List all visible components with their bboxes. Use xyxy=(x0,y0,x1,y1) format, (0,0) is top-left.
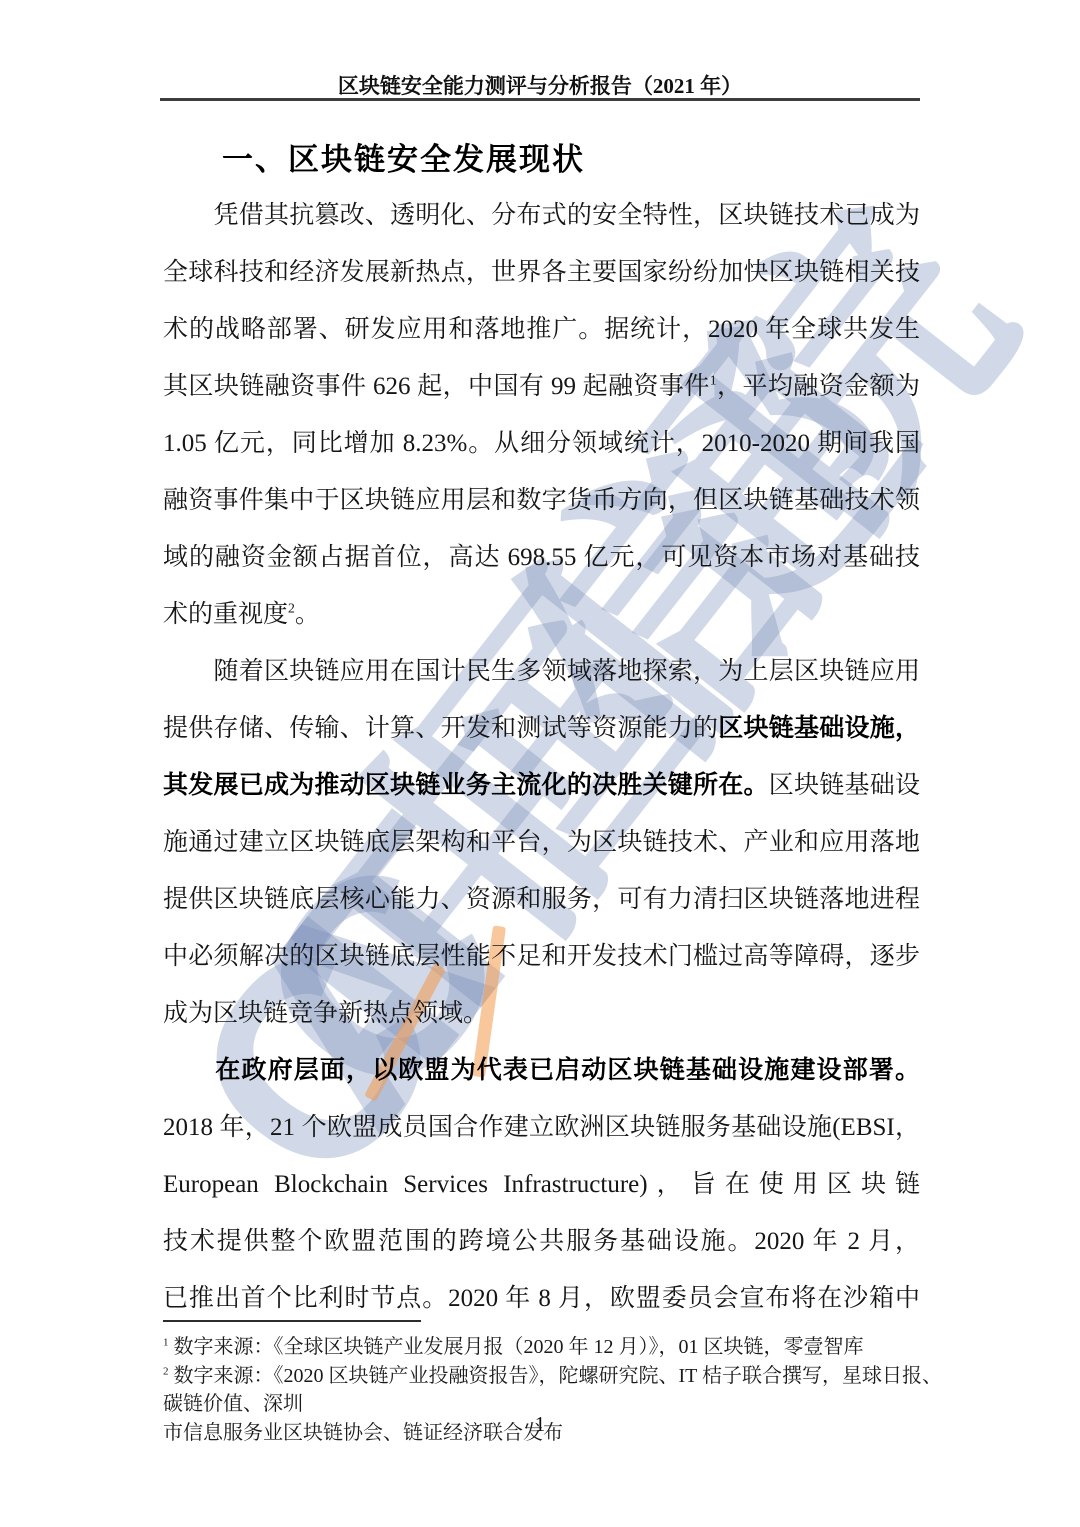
text-run: 术的重视度 xyxy=(163,601,288,628)
text-run: 提供存储、传输、计算、开发和测试等资源能力的 xyxy=(163,715,718,742)
body-line: European Blockchain Services Infrastruct… xyxy=(163,1156,920,1213)
body-line: 在政府层面，以欧盟为代表已启动区块链基础设施建设部署。 xyxy=(163,1042,920,1099)
body-line: 成为区块链竞争新热点领域。 xyxy=(163,985,920,1042)
body-line: 2018 年，21 个欧盟成员国合作建立欧洲区块链服务基础设施(EBSI， xyxy=(163,1099,920,1156)
emphasis-text: 其发展已成为推动区块链业务主流化的决胜关键所在。 xyxy=(163,771,769,799)
footnote-marker: 1 xyxy=(163,1336,169,1348)
text-run: 施通过建立区块链底层架构和平台，为区块链技术、产业和应用落地 xyxy=(163,829,920,856)
body-line: 域的融资金额占据首位，高达 698.55 亿元，可见资本市场对基础技 xyxy=(163,529,920,586)
page-header-rule xyxy=(160,98,920,101)
text-run: 提供区块链底层核心能力、资源和服务，可有力清扫区块链落地进程 xyxy=(163,886,920,913)
text-run: 1.05 亿元，同比增加 8.23%。从细分领域统计，2010-2020 期间我… xyxy=(163,430,920,457)
body-line: 施通过建立区块链底层架构和平台，为区块链技术、产业和应用落地 xyxy=(163,814,920,871)
emphasis-text: 在政府层面，以欧盟为代表已启动区块链基础设施建设部署。 xyxy=(215,1056,920,1084)
paragraph: 在政府层面，以欧盟为代表已启动区块链基础设施建设部署。2018 年，21 个欧盟… xyxy=(163,1042,920,1327)
document-page: CAICT中国信通院 区块链安全能力测评与分析报告（2021 年） 一、区块链安… xyxy=(0,0,1080,1527)
text-run: 技术提供整个欧盟范围的跨境公共服务基础设施。2020 年 2 月，EBSI xyxy=(163,1228,920,1270)
text-run: 随着区块链应用在国计民生多领域落地探索，为上层区块链应用 xyxy=(163,658,920,685)
body-line: 提供区块链底层核心能力、资源和服务，可有力清扫区块链落地进程 xyxy=(163,871,920,928)
text-run: 其区块链融资事件 626 起，中国有 99 起融资事件 xyxy=(163,373,710,400)
text-run: 成为区块链竞争新热点领域。 xyxy=(163,1000,488,1027)
text-run: 域的融资金额占据首位，高达 698.55 亿元，可见资本市场对基础技 xyxy=(163,544,920,571)
body-text: 凭借其抗篡改、透明化、分布式的安全特性，区块链技术已成为全球科技和经济发展新热点… xyxy=(163,187,920,1327)
body-line: 术的战略部署、研发应用和落地推广。据统计，2020 年全球共发生 xyxy=(163,301,920,358)
emphasis-text: 区块链基础设施， xyxy=(718,714,920,742)
body-line: 其发展已成为推动区块链业务主流化的决胜关键所在。区块链基础设 xyxy=(163,757,920,814)
body-line: 术的重视度2。 xyxy=(163,586,920,643)
footnote-reference: 2 xyxy=(288,601,295,616)
section-heading: 一、区块链安全发展现状 xyxy=(222,134,585,179)
text-run: 凭借其抗篡改、透明化、分布式的安全特性，区块链技术已成为 xyxy=(163,202,920,229)
text-run: 融资事件集中于区块链应用层和数字货币方向，但区块链基础技术领 xyxy=(163,487,920,514)
body-line: 其区块链融资事件 626 起，中国有 99 起融资事件1，平均融资金额为 xyxy=(163,358,920,415)
footnote-rule xyxy=(163,1320,421,1322)
text-run: 已推出首个比利时节点。2020 年 8 月，欧盟委员会宣布将在沙箱中 xyxy=(163,1285,920,1312)
body-line: 随着区块链应用在国计民生多领域落地探索，为上层区块链应用 xyxy=(163,643,920,700)
text-run: 全球科技和经济发展新热点，世界各主要国家纷纷加快区块链相关技 xyxy=(163,259,920,286)
footnote-reference: 1 xyxy=(710,373,717,388)
text-run: ，平均融资金额为 xyxy=(717,373,920,400)
text-run: 术的战略部署、研发应用和落地推广。据统计，2020 年全球共发生 xyxy=(163,316,920,343)
text-run: 区块链基础设 xyxy=(769,772,920,799)
body-line: 全球科技和经济发展新热点，世界各主要国家纷纷加快区块链相关技 xyxy=(163,244,920,301)
paragraph: 随着区块链应用在国计民生多领域落地探索，为上层区块链应用提供存储、传输、计算、开… xyxy=(163,643,920,1042)
paragraph: 凭借其抗篡改、透明化、分布式的安全特性，区块链技术已成为全球科技和经济发展新热点… xyxy=(163,187,920,643)
body-line: 已推出首个比利时节点。2020 年 8 月，欧盟委员会宣布将在沙箱中 xyxy=(163,1270,920,1327)
footnote-line: 2 数字来源：《2020 区块链产业投融资报告》，陀螺研究院、IT 桔子联合撰写… xyxy=(163,1362,958,1419)
body-line: 提供存储、传输、计算、开发和测试等资源能力的区块链基础设施， xyxy=(163,700,920,757)
page-number: 1 xyxy=(0,1412,1080,1437)
body-line: 技术提供整个欧盟范围的跨境公共服务基础设施。2020 年 2 月，EBSI xyxy=(163,1213,920,1270)
body-line: 凭借其抗篡改、透明化、分布式的安全特性，区块链技术已成为 xyxy=(163,187,920,244)
text-run xyxy=(163,1057,215,1084)
page-header-title: 区块链安全能力测评与分析报告（2021 年） xyxy=(0,70,1080,100)
footnote-line: 1 数字来源：《全球区块链产业发展月报（2020 年 12 月）》，01 区块链… xyxy=(163,1333,958,1362)
footnote-marker: 2 xyxy=(163,1365,169,1377)
text-run: European Blockchain Services Infrastruct… xyxy=(163,1171,920,1198)
body-line: 1.05 亿元，同比增加 8.23%。从细分领域统计，2010-2020 期间我… xyxy=(163,415,920,472)
text-run: 。 xyxy=(295,601,320,628)
text-run: 中必须解决的区块链底层性能不足和开发技术门槛过高等障碍，逐步 xyxy=(163,943,920,970)
text-run: 2018 年，21 个欧盟成员国合作建立欧洲区块链服务基础设施(EBSI， xyxy=(163,1114,920,1141)
body-line: 中必须解决的区块链底层性能不足和开发技术门槛过高等障碍，逐步 xyxy=(163,928,920,985)
body-line: 融资事件集中于区块链应用层和数字货币方向，但区块链基础技术领 xyxy=(163,472,920,529)
